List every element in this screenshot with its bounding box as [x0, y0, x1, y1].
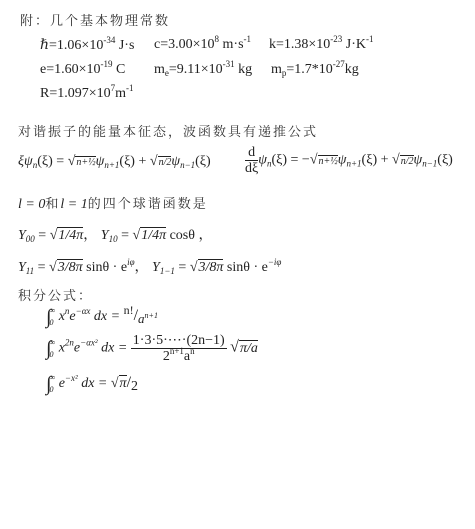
integral-3: ∫∞0 e−x² dx = √π/2: [46, 372, 138, 396]
integral-1: ∫∞0 xne−αx dx = n!/an+1: [46, 305, 158, 329]
constants-heading: 附：几个基本物理常数: [20, 10, 170, 29]
Y11-Y1m1: Y11 = √3/8π sinθ · eiφ， Y1−1 = √3/8π sin…: [18, 256, 281, 276]
const-me: me=9.11×10-31 kg: [154, 62, 252, 78]
integrals-heading: 积分公式：: [18, 285, 93, 304]
const-e: e=1.60×10-19 C: [40, 62, 125, 78]
recursion-eq1: ξψn(ξ) = √n+½ψn+1(ξ) + √n/2ψn−1(ξ): [18, 154, 211, 170]
oscillator-text: 对谐振子的能量本征态，波函数具有递推公式: [18, 121, 318, 140]
const-R: R=1.097×107m-1: [40, 86, 134, 102]
const-k: k=1.38×10-23 J·K-1: [269, 37, 374, 53]
Y00-Y10: Y00 = √1/4π， Y10 = √1/4π cosθ ，: [18, 224, 212, 244]
spherical-text: l = 0和l = 1的四个球谐函数是: [18, 193, 208, 213]
const-mp: mp=1.7*10-27kg: [271, 62, 359, 78]
const-c: c=3.00×108 m·s-1: [154, 37, 251, 53]
const-hbar: ℏ=1.06×10-34 J·s: [40, 37, 134, 54]
integral-2: ∫∞0 x2ne−αx² dx = 1·3·5·⋯·(2n−1)2n+1an √…: [46, 333, 258, 364]
recursion-eq2: ddξψn(ξ) = −√n+½ψn+1(ξ) + √n/2ψn−1(ξ): [245, 145, 453, 176]
